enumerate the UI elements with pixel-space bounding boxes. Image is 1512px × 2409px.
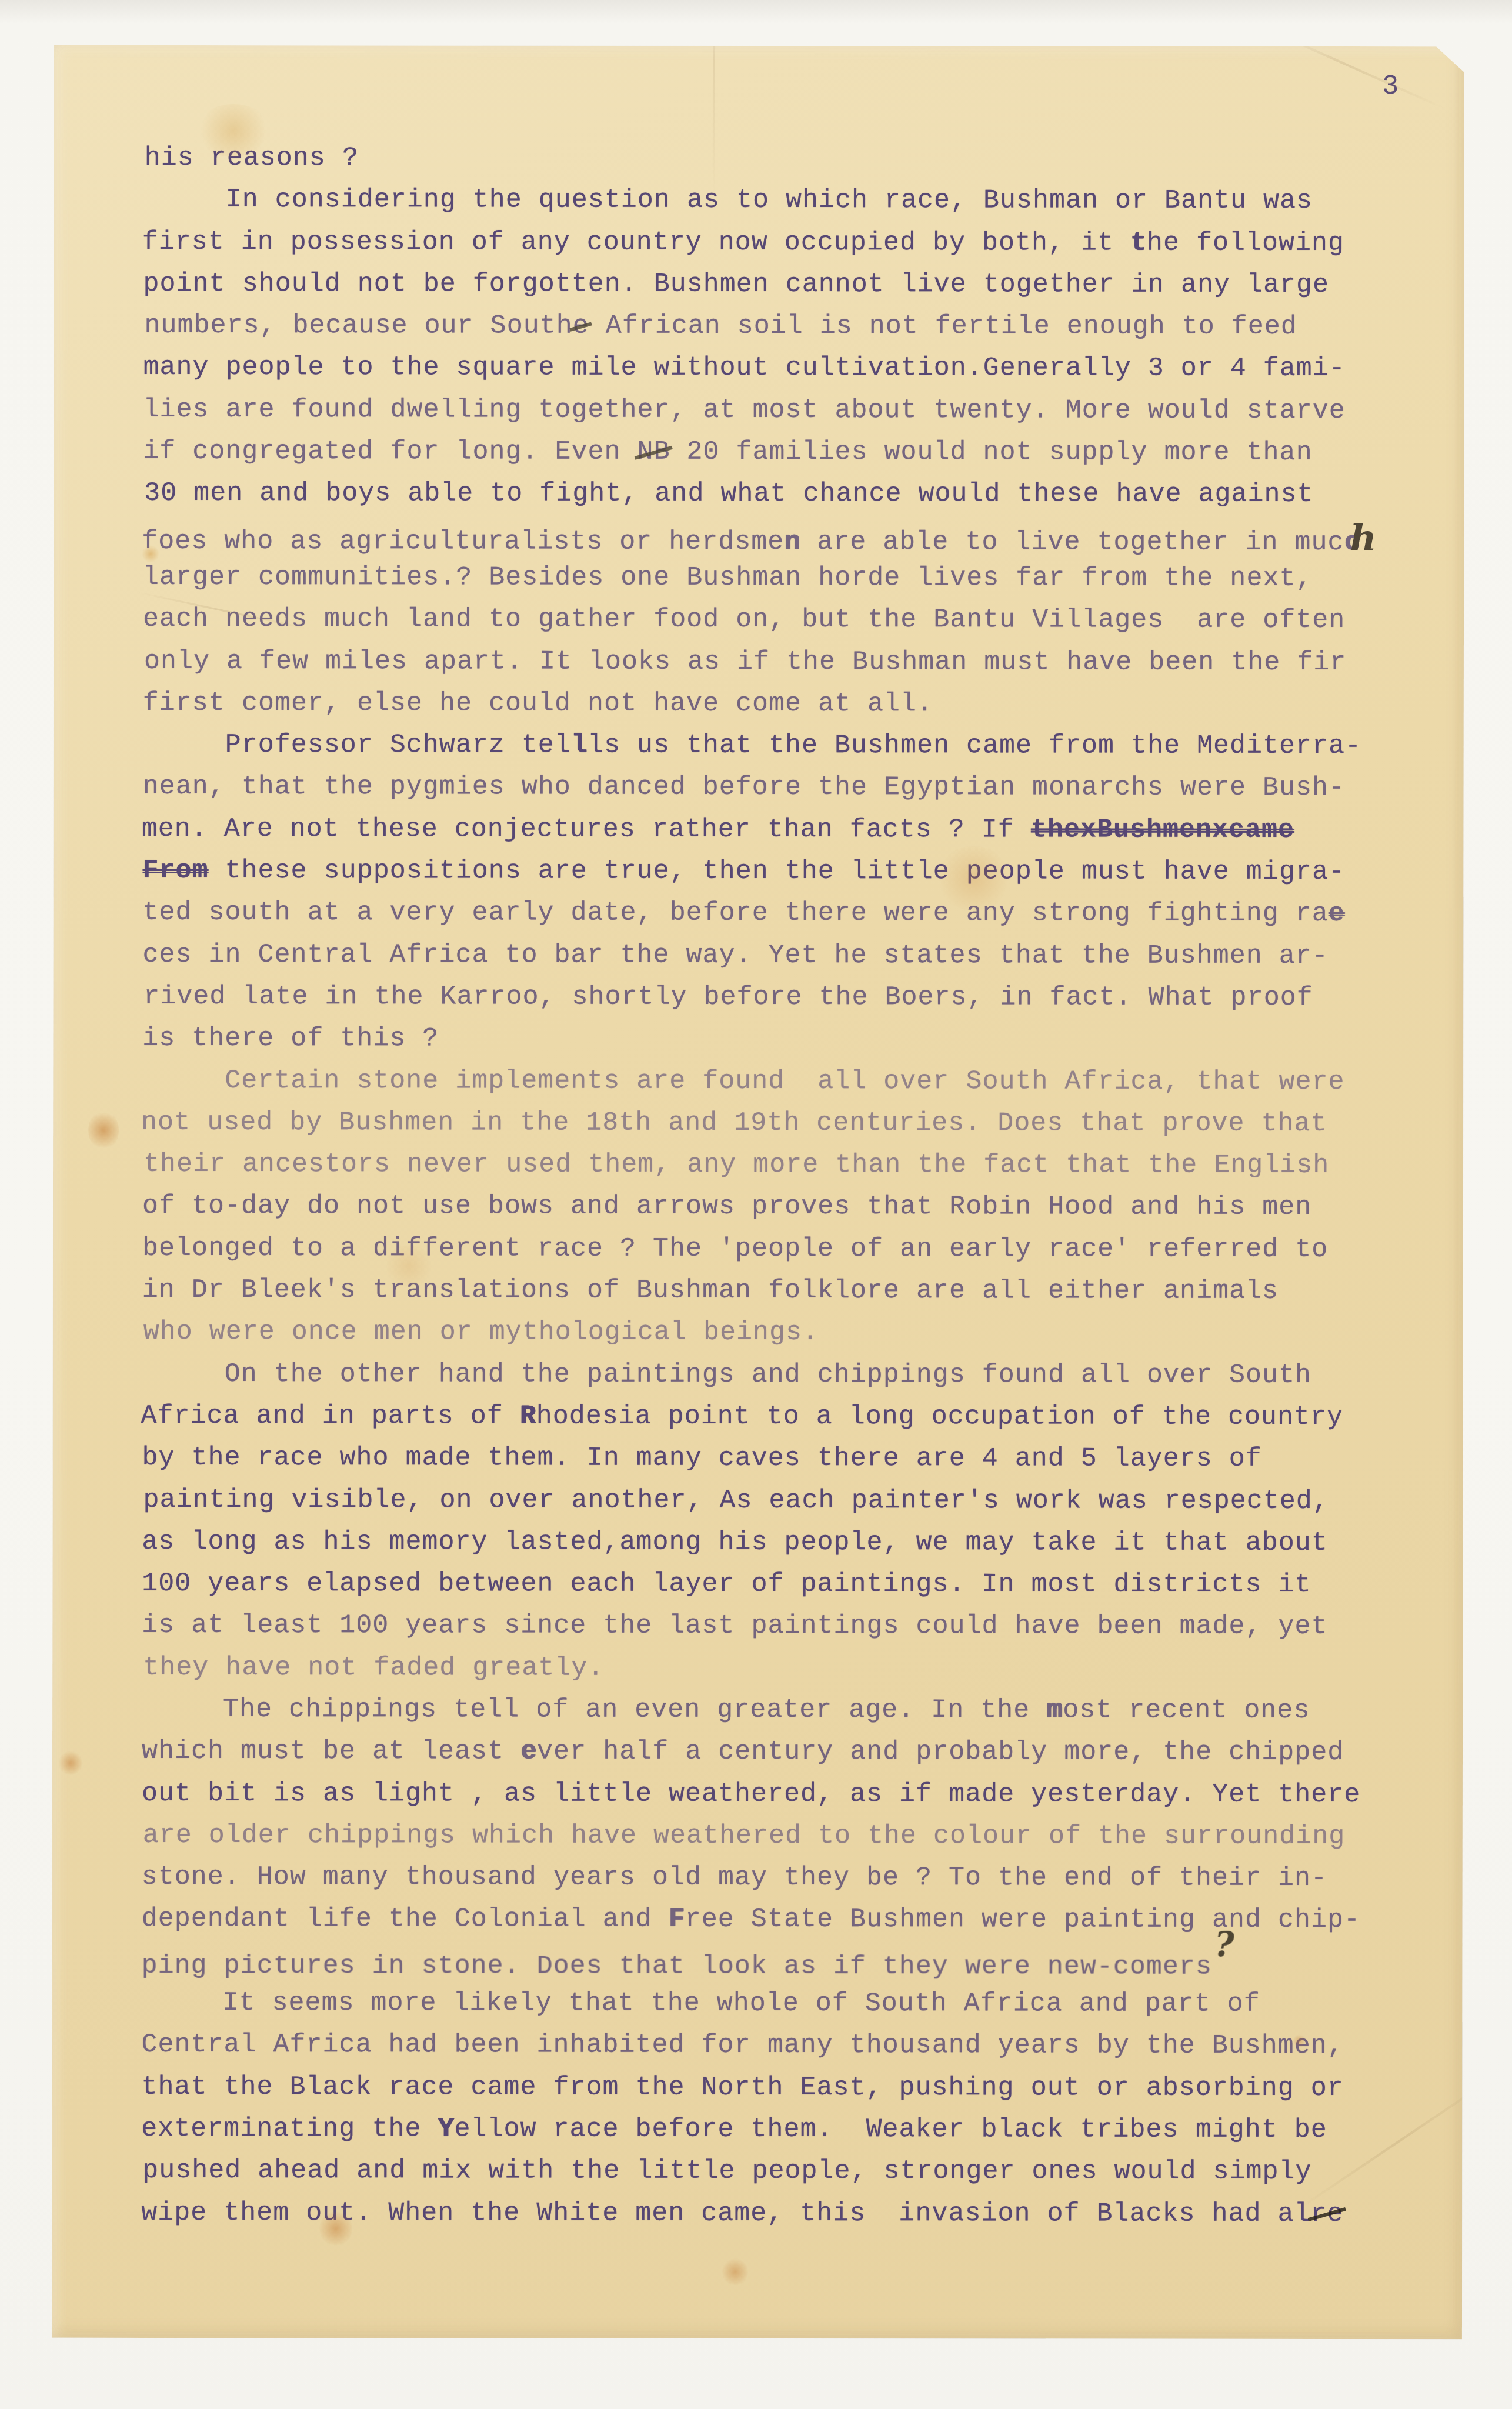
typed-segment: not used by Bushmen in the 18th and 19th… <box>141 1107 1327 1139</box>
typed-line: first comer, else he could not have come… <box>143 682 1378 725</box>
typed-line: Professor Schwarz tellls us that the Bus… <box>143 724 1378 767</box>
typed-line: that the Black race came from the North … <box>141 2066 1376 2109</box>
typed-segment: first in possession of any country now o… <box>142 226 1130 258</box>
typed-segment: exterminating the <box>141 2114 438 2144</box>
typed-segment: In considering the question as to which … <box>226 185 1313 216</box>
typed-line: Central Africa had been inhabited for ma… <box>141 2024 1376 2067</box>
typed-line: It seems more likely that the whole of S… <box>141 1982 1376 2025</box>
typed-line: is at least 100 years since the last pai… <box>142 1604 1377 1647</box>
typed-line: 100 years elapsed between each layer of … <box>142 1563 1377 1606</box>
typed-line: larger communities.? Besides one Bushman… <box>143 556 1378 599</box>
typed-segment: he following <box>1147 228 1344 258</box>
typed-line: dependant life the Colonial and Free Sta… <box>142 1898 1377 1941</box>
typed-segment: out bit is as light , as little weathere… <box>142 1778 1360 1809</box>
typed-segment: It seems more likely that the whole of S… <box>223 1988 1260 2019</box>
typed-segment: who were once men or mythological beings… <box>143 1317 819 1347</box>
typed-line: their ancestors never used them, any mor… <box>143 1143 1379 1186</box>
typed-segment: Professor Schwarz tel <box>225 730 571 760</box>
typed-line: are older chippings which have weathered… <box>143 1814 1378 1857</box>
typed-segment: painting visible, on over another, As ea… <box>143 1484 1329 1516</box>
typed-segment: of to-day do not use bows and arrows pro… <box>142 1191 1311 1222</box>
typed-segment: each needs much land to gather food on, … <box>143 604 1345 635</box>
typed-segment: stone. How many thousand years old may t… <box>142 1862 1327 1893</box>
typed-segment: wipe them out. When the White men came, … <box>141 2197 1310 2228</box>
typed-segment: e <box>1329 899 1345 929</box>
typed-segment: many people to the square mile without c… <box>143 352 1345 383</box>
typed-segment: Certain stone implements are found all o… <box>225 1066 1344 1097</box>
typed-line: in Dr Bleek's translations of Bushman fo… <box>142 1269 1377 1312</box>
typed-segment: are able to live together in muc <box>800 527 1344 558</box>
typed-line: Africa and in parts of Rhodesia point to… <box>141 1395 1376 1438</box>
typed-segment: if congregated for long. Even <box>143 436 637 467</box>
typed-segment: R <box>520 1401 536 1431</box>
typed-segment: t <box>1130 228 1147 258</box>
typed-line: On the other hand the paintings and chip… <box>142 1353 1377 1396</box>
typed-segment: 20 families would not supply more than <box>670 437 1312 468</box>
typed-segment: Africa and in parts of <box>141 1401 520 1432</box>
typed-line: as long as his memory lasted,among his p… <box>142 1521 1377 1564</box>
typed-segment: belonged to a different race ? The 'peop… <box>142 1233 1328 1264</box>
typed-line: his reasons ? <box>145 137 1380 180</box>
typed-segment: Y <box>438 2114 454 2144</box>
typed-segment: hodesia point to a long occupation of th… <box>536 1402 1343 1432</box>
typed-segment: From <box>143 856 209 886</box>
typed-segment: The chippings tell of an even greater ag… <box>223 1694 1046 1725</box>
typed-segment: his reasons ? <box>145 143 359 173</box>
typed-segment: rived late in the Karroo, shortly before… <box>143 982 1313 1013</box>
typed-segment: F <box>669 1904 685 1934</box>
typed-line: first in possession of any country now o… <box>142 221 1377 263</box>
typed-segment: nean, that the pygmies who danced before… <box>143 772 1345 803</box>
typed-segment: only a few miles apart. It looks as if t… <box>144 646 1346 677</box>
typed-segment: ellow race before them. Weaker black tri… <box>454 2114 1327 2145</box>
typed-segment: thexBushmenxcame <box>1031 815 1294 845</box>
typed-segment: they have not faded greatly. <box>143 1653 604 1683</box>
typed-segment: which must be at least <box>142 1736 520 1767</box>
typed-segment: these suppositions are true, then the li… <box>209 856 1345 887</box>
typed-line: From these suppositions are true, then t… <box>143 850 1378 893</box>
typed-segment: ost recent ones <box>1063 1696 1310 1726</box>
typed-line: pushed ahead and mix with the little peo… <box>142 2150 1377 2193</box>
typed-segment: their ancestors never used them, any mor… <box>143 1149 1329 1180</box>
typed-segment: is at least 100 years since the last pai… <box>142 1610 1327 1641</box>
typed-line: In considering the question as to which … <box>143 179 1379 222</box>
typed-line: of to-day do not use bows and arrows pro… <box>142 1185 1377 1228</box>
typed-line: wipe them out. When the White men came, … <box>141 2191 1376 2234</box>
typed-line: stone. How many thousand years old may t… <box>142 1856 1377 1899</box>
typed-segment: ree State Bushmen were painting and chip… <box>685 1904 1360 1935</box>
typed-line: Certain stone implements are found all o… <box>142 1059 1377 1102</box>
typed-line: if congregated for long. Even NB 20 fami… <box>143 431 1378 473</box>
typed-line: out bit is as light , as little weathere… <box>142 1772 1377 1815</box>
typed-line: ted south at a very early date, before t… <box>142 892 1377 935</box>
typed-line: painting visible, on over another, As ea… <box>143 1479 1378 1522</box>
typed-segment: pushed ahead and mix with the little peo… <box>142 2156 1311 2187</box>
typed-line: The chippings tell of an even greater ag… <box>141 1689 1376 1731</box>
typed-segment: that the Black race came from the North … <box>141 2072 1343 2103</box>
crease <box>1251 21 1445 109</box>
typed-segment: lies are found dwelling together, at mos… <box>143 395 1345 426</box>
stain <box>722 2257 748 2287</box>
typed-segment: African soil is not fertile enough to fe… <box>589 311 1297 342</box>
handwritten-mark: ? <box>1214 1924 1234 1964</box>
typed-segment: foes who as agriculturalists or herdsme <box>142 526 784 557</box>
handwritten-mark: h <box>1350 516 1376 559</box>
typed-line: many people to the square mile without c… <box>143 346 1378 389</box>
typed-segment: ver half a century and probably more, th… <box>537 1737 1344 1767</box>
typed-segment: e <box>520 1737 537 1767</box>
stain <box>88 1110 119 1151</box>
typed-segment: re <box>1310 2193 1343 2235</box>
typed-line: ping pictures in stone. Does that look a… <box>142 1940 1377 1983</box>
typed-text: his reasons ?In considering the question… <box>141 137 1378 2235</box>
typed-segment: NB <box>637 431 670 473</box>
typed-segment: point should not be forgotten. Bushmen c… <box>143 269 1329 300</box>
typed-segment: ls us that the Bushmen came from the Med… <box>588 730 1361 761</box>
typed-segment: e <box>573 305 589 347</box>
typed-segment: m <box>1046 1695 1063 1725</box>
typed-line: foes who as agriculturalists or herdsmen… <box>142 515 1377 558</box>
typed-line: ces in Central Africa to bar the way. Ye… <box>142 934 1377 977</box>
typed-line: only a few miles apart. It looks as if t… <box>144 640 1379 683</box>
typed-segment: is there of this ? <box>142 1023 439 1054</box>
typed-segment: men. Are not these conjectures rather th… <box>142 814 1031 845</box>
typed-segment: n <box>784 527 800 557</box>
typed-line: belonged to a different race ? The 'peop… <box>142 1227 1377 1270</box>
typed-segment: dependant life the Colonial and <box>142 1904 669 1934</box>
typed-line: numbers, because our Southe African soil… <box>145 305 1380 348</box>
typed-segment: first comer, else he could not have come… <box>143 688 933 719</box>
stain <box>58 1751 83 1776</box>
typed-line: which must be at least ever half a centu… <box>142 1730 1377 1773</box>
typed-line: is there of this ? <box>142 1017 1377 1060</box>
typed-segment: larger communities.? Besides one Bushman… <box>143 562 1312 593</box>
document-page: 3 his reasons ?In considering the questi… <box>52 45 1464 2340</box>
typed-segment: 100 years elapsed between each layer of … <box>142 1569 1311 1600</box>
typed-segment: Central Africa had been inhabited for ma… <box>141 2030 1343 2061</box>
typed-line: lies are found dwelling together, at mos… <box>143 389 1378 432</box>
typed-segment: ces in Central Africa to bar the way. Ye… <box>142 940 1328 971</box>
typed-line: by the race who made them. In many caves… <box>142 1437 1377 1480</box>
typed-line: point should not be forgotten. Bushmen c… <box>143 263 1379 306</box>
typed-line: nean, that the pygmies who danced before… <box>143 766 1378 809</box>
typed-segment: as long as his memory lasted,among his p… <box>142 1527 1327 1558</box>
typed-segment: by the race who made them. In many caves… <box>142 1443 1261 1474</box>
typed-segment: are older chippings which have weathered… <box>143 1820 1345 1851</box>
typed-line: each needs much land to gather food on, … <box>143 598 1378 641</box>
typed-segment: numbers, because our South <box>145 311 573 341</box>
typed-line: who were once men or mythological beings… <box>143 1311 1379 1354</box>
typed-line: men. Are not these conjectures rather th… <box>142 808 1377 851</box>
typed-segment: ping pictures in stone. Does that look a… <box>142 1951 1212 1982</box>
typed-segment: ted south at a very early date, before t… <box>142 897 1328 929</box>
typed-line: exterminating the Yellow race before the… <box>141 2108 1376 2151</box>
typed-line: 30 men and boys able to fight, and what … <box>144 472 1379 515</box>
typed-segment: in Dr Bleek's translations of Bushman fo… <box>142 1275 1279 1306</box>
typed-segment: On the other hand the paintings and chip… <box>225 1359 1311 1390</box>
page-number: 3 <box>1382 71 1398 102</box>
typed-segment: l <box>571 730 588 760</box>
typed-line: rived late in the Karroo, shortly before… <box>143 976 1379 1019</box>
typed-segment: 30 men and boys able to fight, and what … <box>144 478 1313 509</box>
typed-line: not used by Bushmen in the 18th and 19th… <box>141 1102 1376 1145</box>
typed-line: they have not faded greatly. <box>143 1647 1378 1690</box>
